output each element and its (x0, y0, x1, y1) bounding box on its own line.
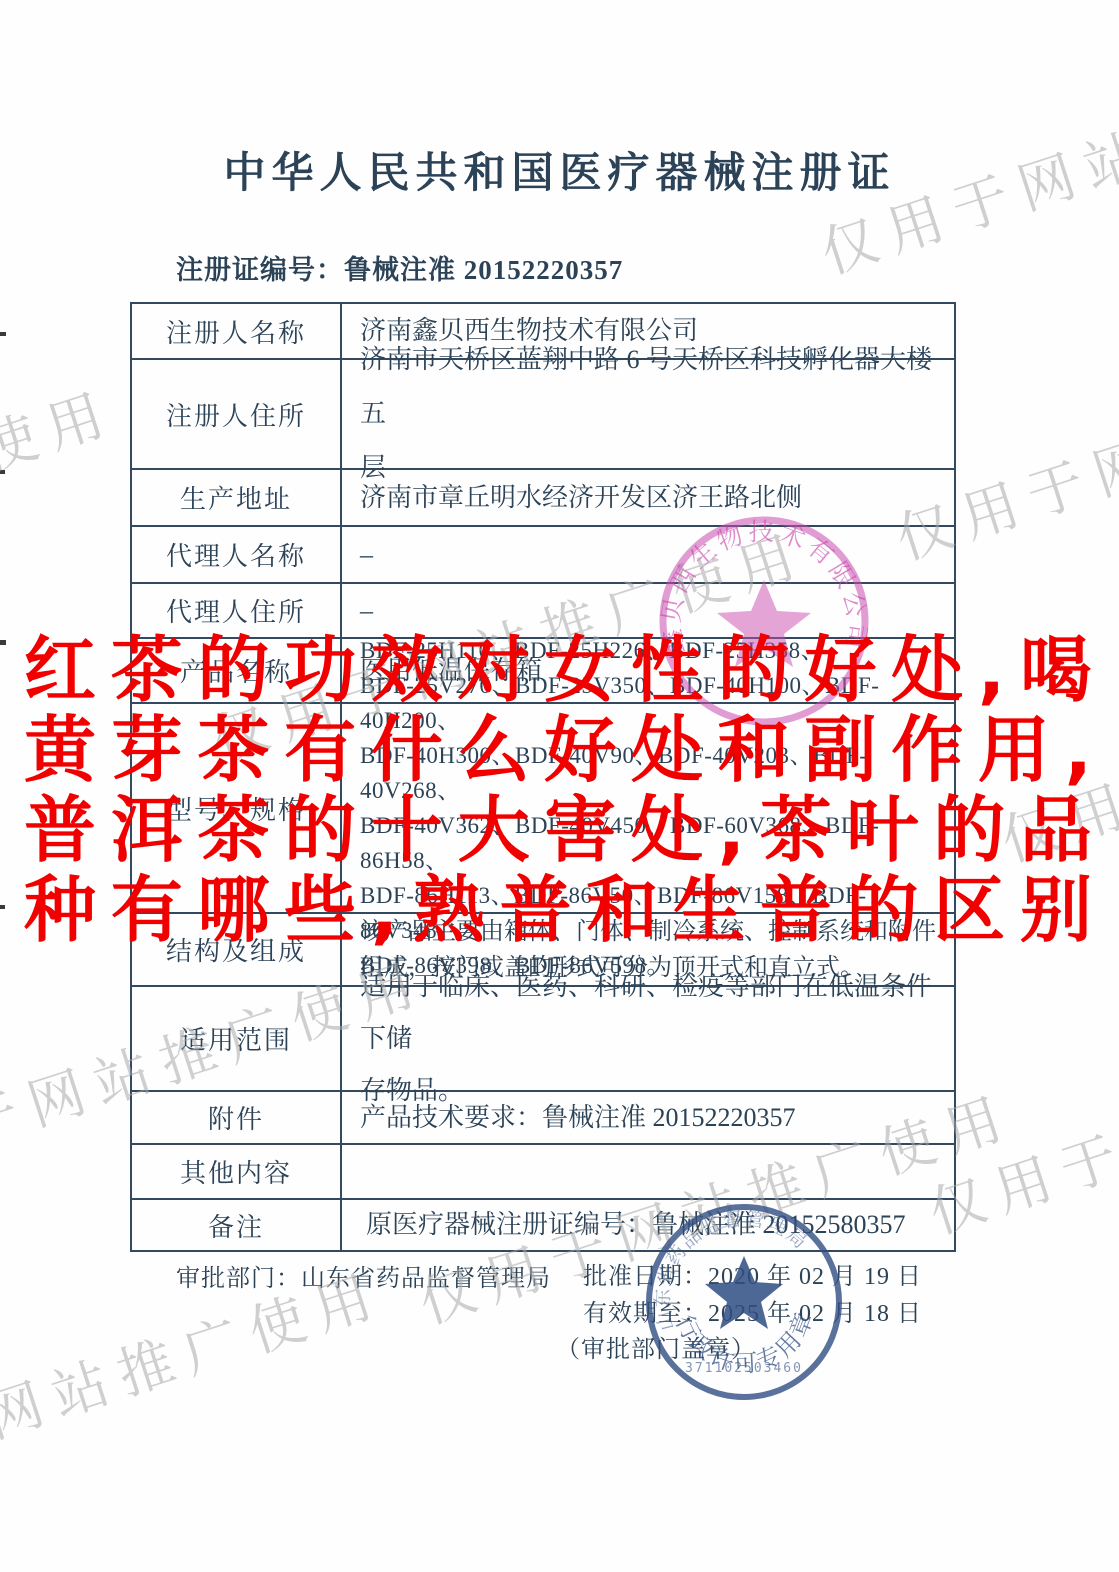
row-value: 产品技术要求：鲁械注准 20152220357 (342, 1092, 954, 1143)
row-label: 适用范围 (132, 987, 342, 1090)
red-overlay-line: 种有哪些,熟普和生普的区别 (24, 870, 1092, 950)
watermark-text: 仅用于网站推广使用 (0, 368, 125, 636)
row-value: – (342, 527, 954, 582)
row-value: 济南市章丘明水经济开发区济王路北侧 (342, 470, 954, 525)
row-value: 适用于临床、医药、科研、检疫等部门在低温条件下储 存物品。 (342, 987, 954, 1090)
row-label: 附件 (132, 1092, 342, 1143)
table-row: 备注 原医疗器械注册证编号：鲁械注准 20152580357 (132, 1200, 954, 1250)
scanned-certificate-page: 中华人民共和国医疗器械注册证 注册证编号：鲁械注准 20152220357 注册… (0, 0, 1119, 1572)
scan-artifact (0, 640, 6, 645)
table-row: 其他内容 (132, 1145, 954, 1200)
scan-artifact (0, 470, 5, 474)
table-row: 注册人住所 济南市天桥区蓝翔中路 6 号天桥区科技孵化器大楼五 层 (132, 360, 954, 470)
approval-department: 审批部门：山东省药品监督管理局 (176, 1258, 551, 1293)
certificate-title: 中华人民共和国医疗器械注册证 (0, 140, 1119, 200)
red-overlay-line: 普洱茶的十大害处,茶叶的品 (24, 790, 1092, 870)
table-row: 附件 产品技术要求：鲁械注准 20152220357 (132, 1092, 954, 1145)
scan-artifact (0, 332, 6, 336)
red-overlay-line: 黄芽茶有什么好处和副作用, (24, 710, 1092, 790)
approve-date: 批准日期：2020 年 02 月 19 日 (583, 1256, 922, 1291)
seal-note: （审批部门盖章） (556, 1329, 756, 1364)
valid-until-date: 有效期至：2025 年 02 月 18 日 (583, 1293, 922, 1328)
certificate-number: 注册证编号：鲁械注准 20152220357 (176, 248, 623, 287)
row-value: 济南市天桥区蓝翔中路 6 号天桥区科技孵化器大楼五 层 (342, 360, 954, 468)
red-overlay-line: 红茶的功效对女性的好处,喝 (24, 630, 1092, 710)
row-label: 备注 (132, 1200, 342, 1250)
row-label: 其他内容 (132, 1145, 342, 1198)
row-label: 注册人住所 (132, 360, 342, 468)
table-row: 代理人名称 – (132, 527, 954, 584)
table-row: 适用范围 适用于临床、医药、科研、检疫等部门在低温条件下储 存物品。 (132, 987, 954, 1092)
row-label: 生产地址 (132, 470, 342, 525)
scan-artifact (0, 905, 5, 909)
row-label: 注册人名称 (132, 304, 342, 358)
row-label: 代理人名称 (132, 527, 342, 582)
red-overlay-text: 红茶的功效对女性的好处,喝 黄芽茶有什么好处和副作用, 普洱茶的十大害处,茶叶的… (24, 630, 1092, 950)
row-value: 原医疗器械注册证编号：鲁械注准 20152580357 (342, 1200, 954, 1250)
row-value (342, 1145, 954, 1198)
table-row: 生产地址 济南市章丘明水经济开发区济王路北侧 (132, 470, 954, 527)
